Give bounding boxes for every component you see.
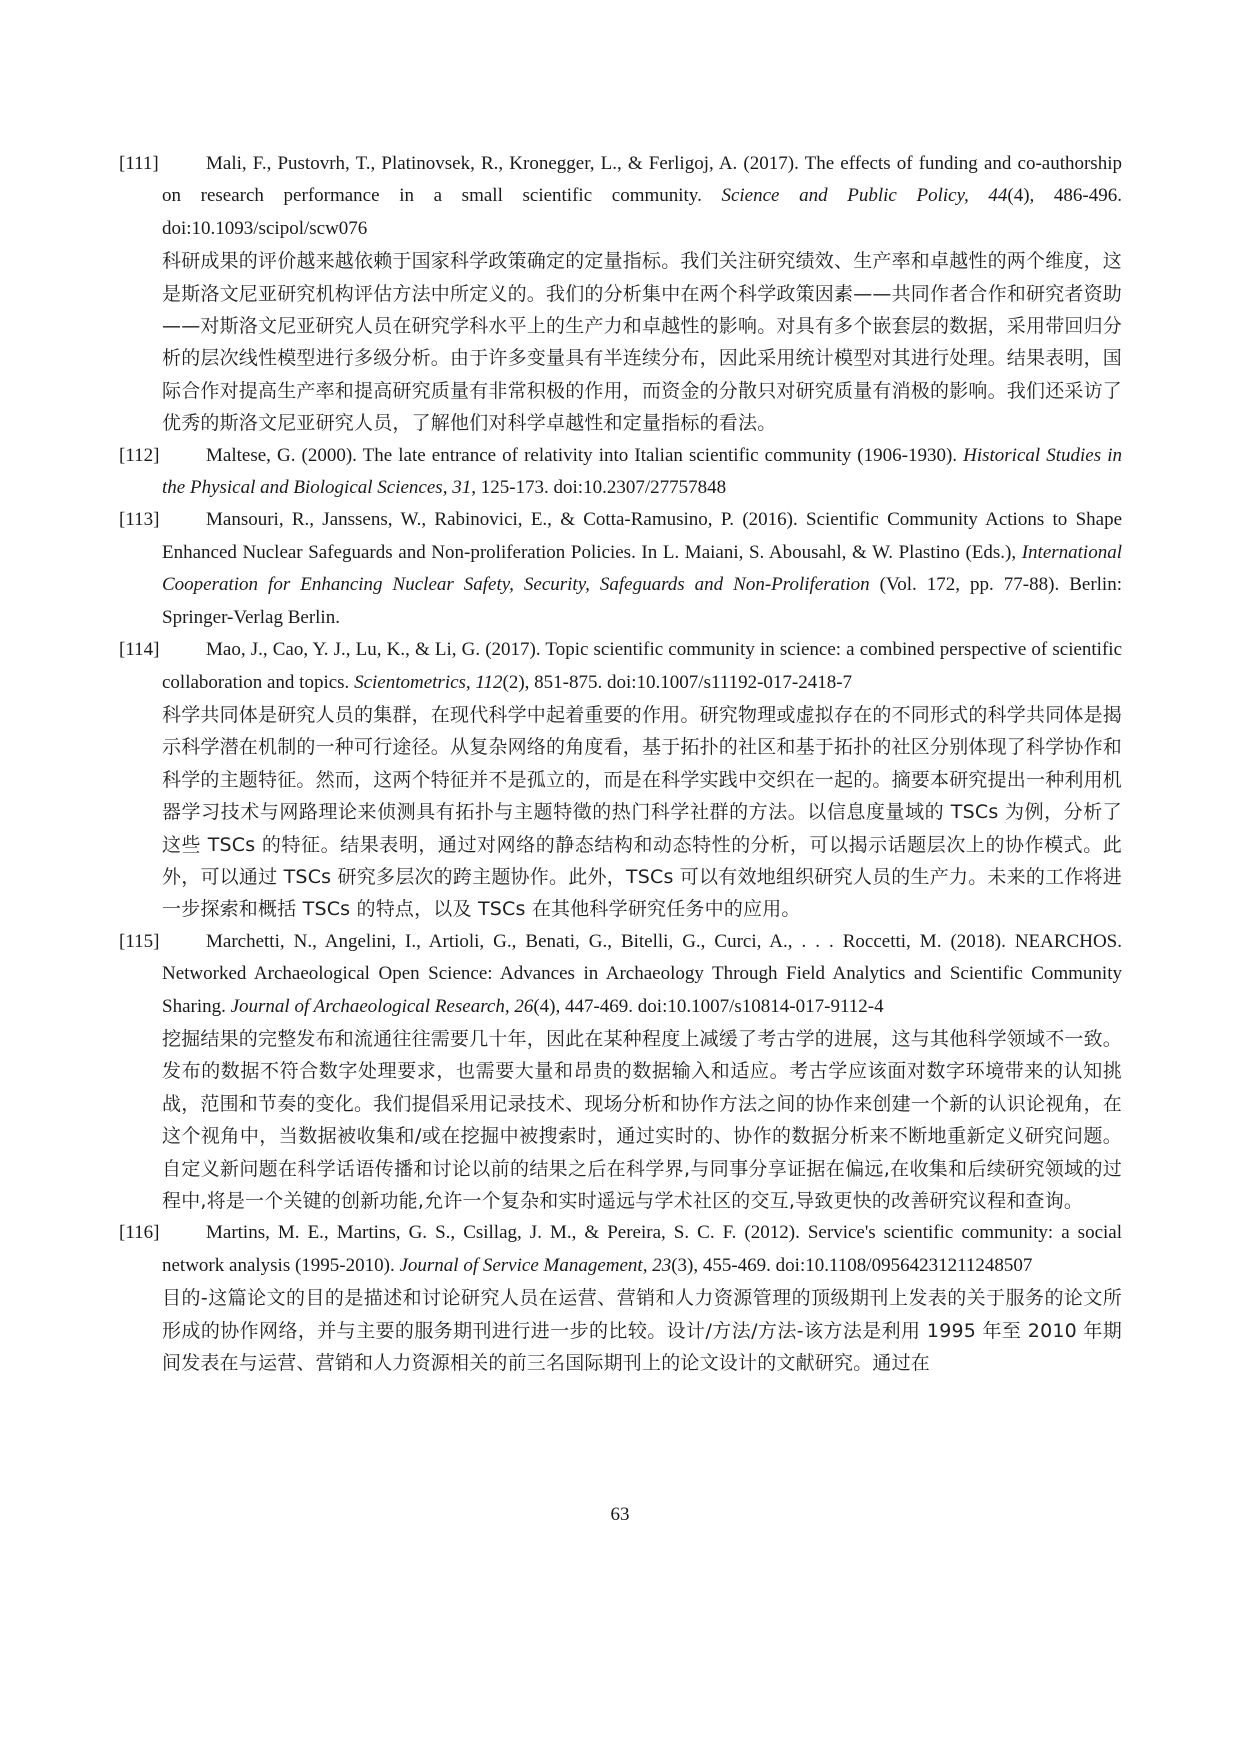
citation-journal: Journal of Service Management, 23 bbox=[399, 1255, 671, 1276]
citation-tail: (3), 455-469. doi:10.1108/09564231211248… bbox=[671, 1255, 1032, 1276]
citation-authors: Maltese, G. (2000). The late entrance of… bbox=[206, 445, 963, 466]
reference-116: [116] Martins, M. E., Martins, G. S., Cs… bbox=[119, 1217, 1122, 1379]
reference-label: [111] bbox=[119, 148, 159, 180]
reference-label: [116] bbox=[119, 1217, 159, 1249]
citation-journal: Journal of Archaeological Research, 26 bbox=[231, 996, 534, 1017]
reference-citation: Mansouri, R., Janssens, W., Rabinovici, … bbox=[162, 504, 1122, 634]
reference-abstract: 目的-这篇论文的目的是描述和讨论研究人员在运营、营销和人力资源管理的顶级期刊上发… bbox=[162, 1282, 1122, 1379]
citation-journal: Science and Public Policy, 44 bbox=[721, 185, 1007, 206]
reference-112: [112] Maltese, G. (2000). The late entra… bbox=[119, 440, 1122, 505]
citation-authors: Mansouri, R., Janssens, W., Rabinovici, … bbox=[162, 509, 1122, 562]
reference-list: [111] Mali, F., Pustovrh, T., Platinovse… bbox=[119, 148, 1122, 1379]
citation-journal: Scientometrics, 112 bbox=[354, 672, 502, 693]
reference-abstract: 科研成果的评价越来越依赖于国家科学政策确定的定量指标。我们关注研究绩效、生产率和… bbox=[162, 245, 1122, 439]
reference-abstract: 科学共同体是研究人员的集群，在现代科学中起着重要的作用。研究物理或虚拟存在的不同… bbox=[162, 699, 1122, 926]
reference-label: [113] bbox=[119, 504, 159, 536]
reference-abstract: 挖掘结果的完整发布和流通往往需要几十年，因此在某种程度上减缓了考古学的进展，这与… bbox=[162, 1023, 1122, 1217]
citation-tail: (2), 851-875. doi:10.1007/s11192-017-241… bbox=[503, 672, 853, 693]
reference-citation: Mali, F., Pustovrh, T., Platinovsek, R.,… bbox=[162, 148, 1122, 245]
reference-label: [112] bbox=[119, 440, 159, 472]
reference-111: [111] Mali, F., Pustovrh, T., Platinovse… bbox=[119, 148, 1122, 440]
reference-citation: Mao, J., Cao, Y. J., Lu, K., & Li, G. (2… bbox=[162, 634, 1122, 699]
citation-tail: , 125-173. doi:10.2307/27757848 bbox=[471, 477, 726, 498]
citation-tail: (4), 447-469. doi:10.1007/s10814-017-911… bbox=[533, 996, 883, 1017]
reference-label: [115] bbox=[119, 926, 159, 958]
reference-115: [115] Marchetti, N., Angelini, I., Artio… bbox=[119, 926, 1122, 1218]
reference-label: [114] bbox=[119, 634, 159, 666]
page-number: 63 bbox=[0, 1504, 1240, 1526]
reference-citation: Martins, M. E., Martins, G. S., Csillag,… bbox=[162, 1217, 1122, 1282]
reference-113: [113] Mansouri, R., Janssens, W., Rabino… bbox=[119, 504, 1122, 634]
reference-citation: Marchetti, N., Angelini, I., Artioli, G.… bbox=[162, 926, 1122, 1023]
reference-citation: Maltese, G. (2000). The late entrance of… bbox=[162, 440, 1122, 505]
reference-114: [114] Mao, J., Cao, Y. J., Lu, K., & Li,… bbox=[119, 634, 1122, 926]
